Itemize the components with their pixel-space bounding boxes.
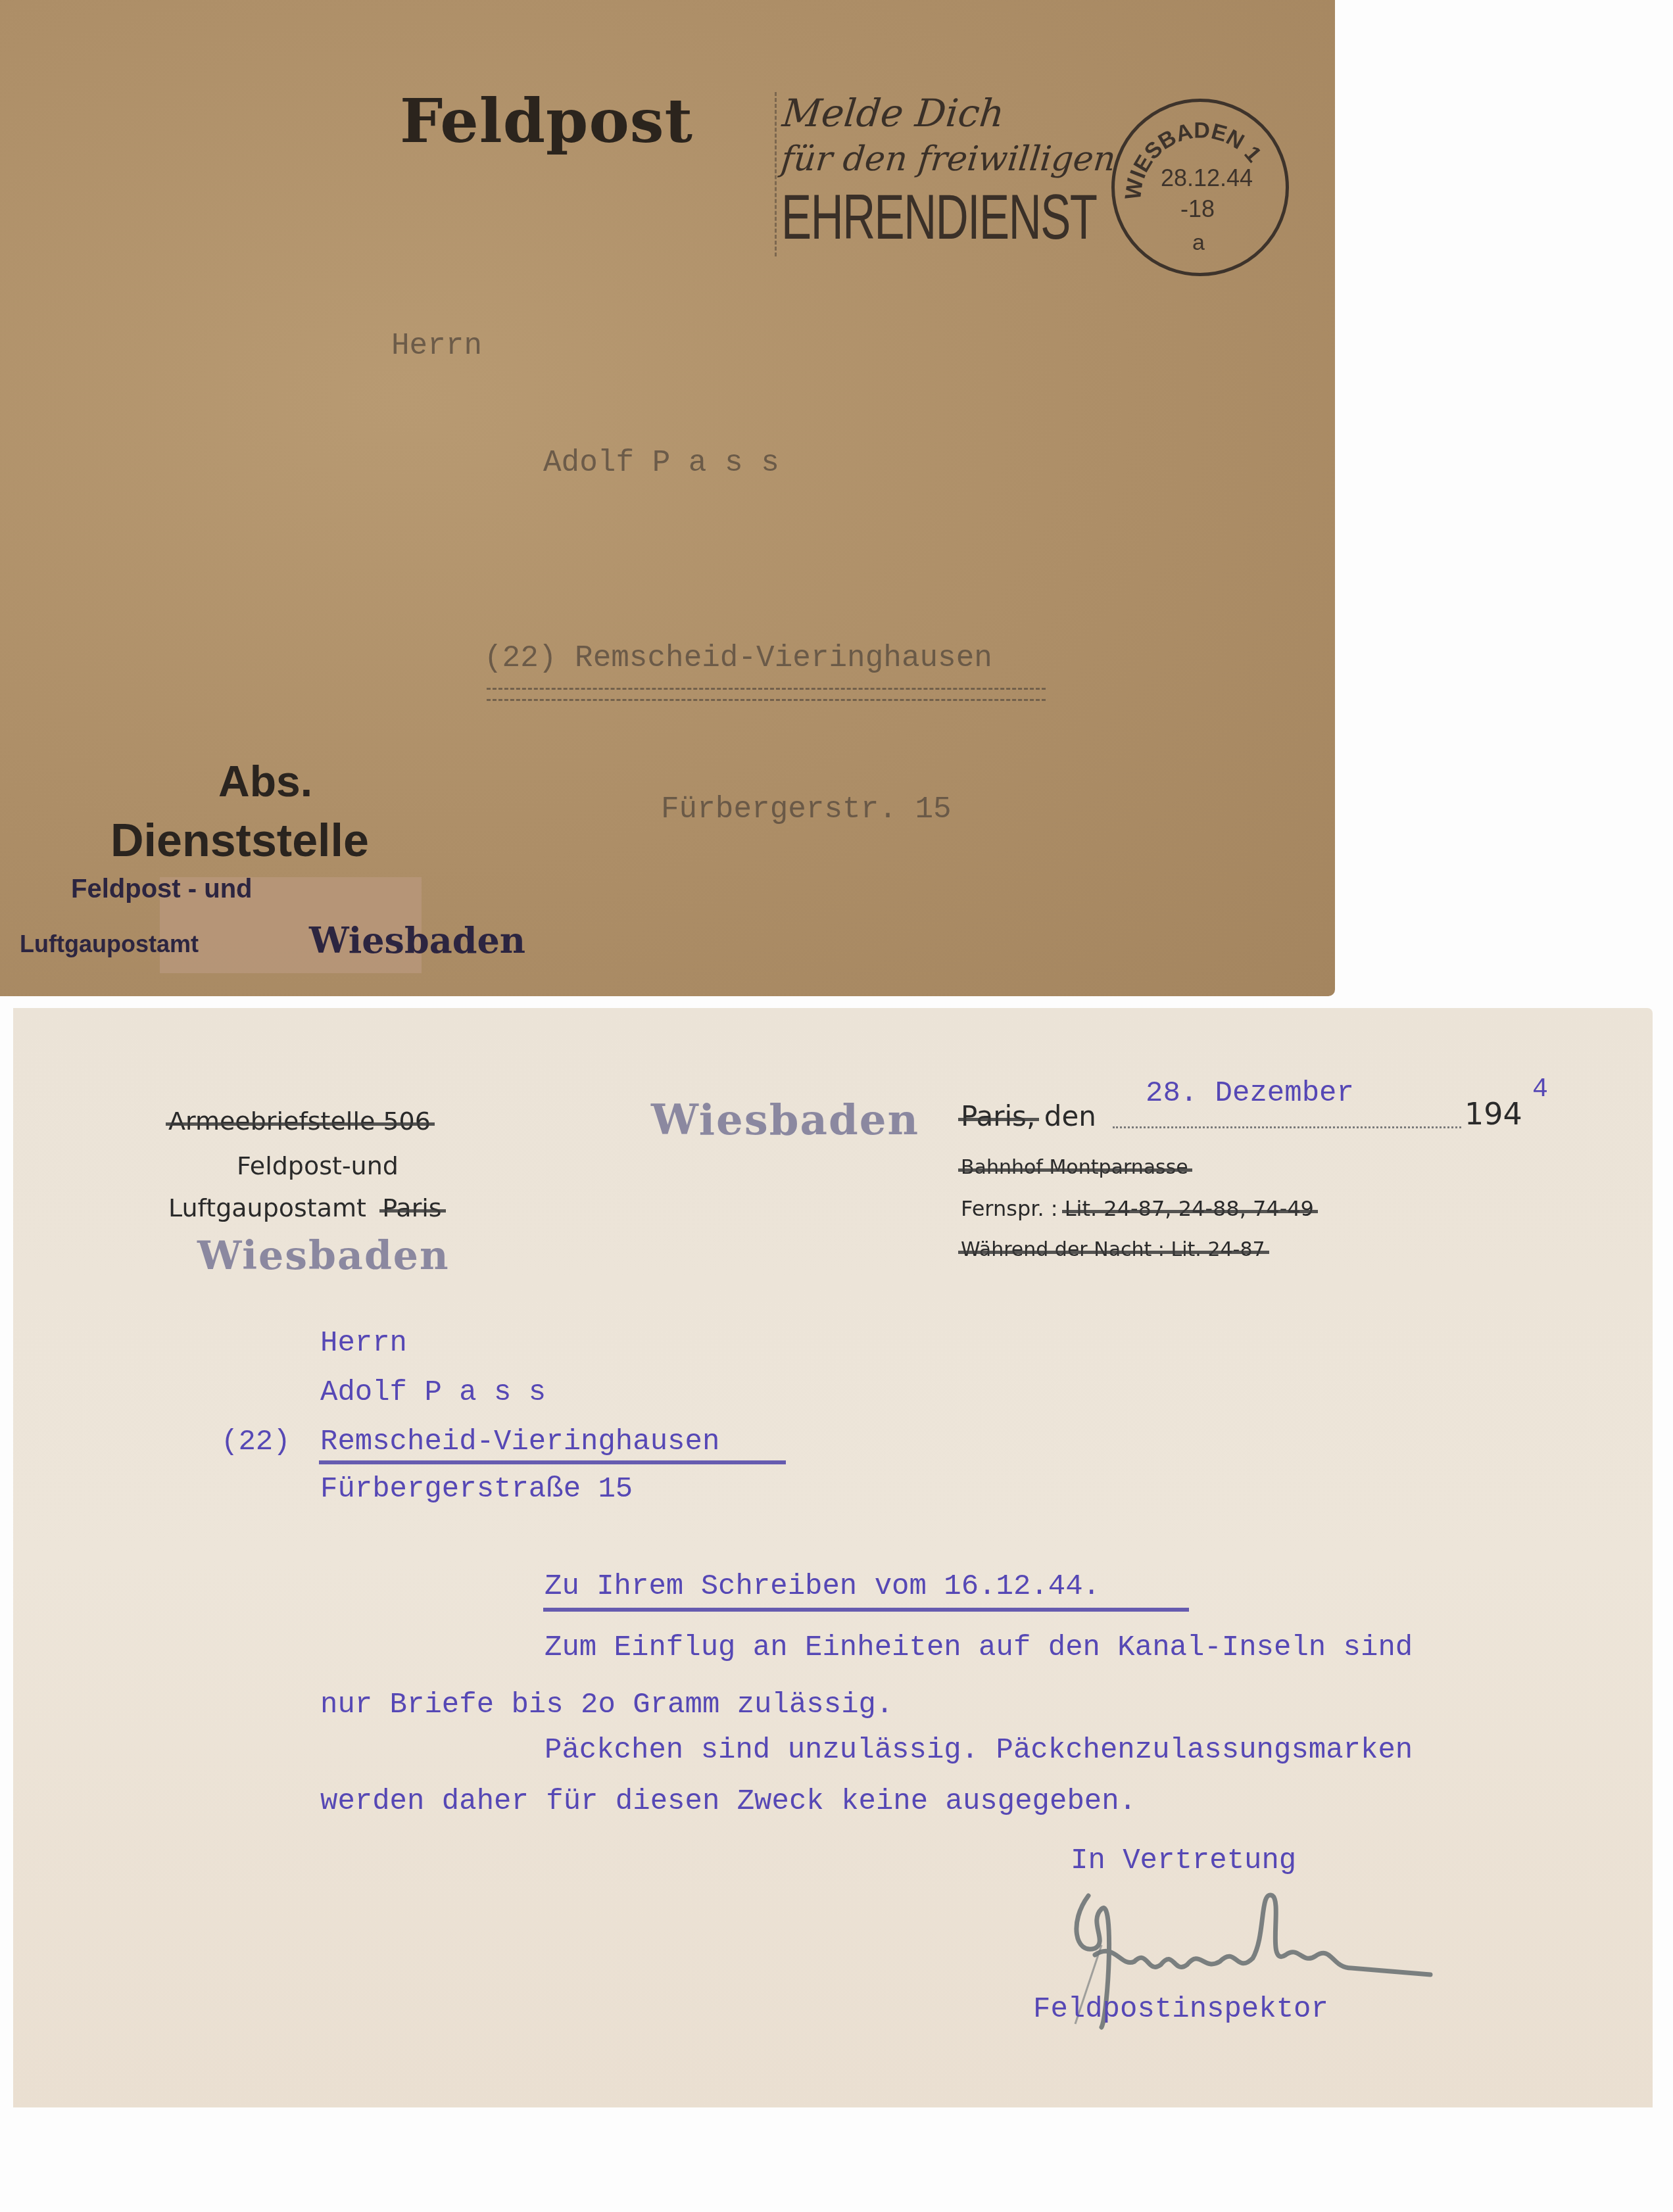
sender-luftgaupostamt: Luftgaupostamt [20, 930, 199, 958]
recipient-city: Remscheid-Vieringhausen [320, 1426, 719, 1458]
place-date-line: Paris, den [961, 1100, 1096, 1132]
letterhead-line2: Feldpost-und [237, 1151, 399, 1180]
envelope-salutation: Herrn [391, 329, 482, 363]
envelope-header: Feldpost [400, 85, 693, 156]
closing: In Vertretung [1071, 1844, 1296, 1877]
recipient-salutation: Herrn [320, 1327, 407, 1360]
night-line: Während der Nacht : Lit. 24-87 [961, 1238, 1265, 1261]
slogan-left-bar [775, 92, 779, 256]
envelope-recipient-name: Adolf P a s s [543, 446, 779, 480]
signer-title: Feldpostinspektor [1033, 1993, 1328, 2026]
envelope-recipient-city: (22) Remscheid-Vieringhausen [484, 641, 992, 675]
body-line-4: werden daher für diesen Zweck keine ausg… [320, 1785, 1136, 1818]
recipient-city-underline [319, 1460, 786, 1464]
body-line-1: Zum Einflug an Einheiten auf den Kanal-I… [545, 1631, 1413, 1664]
sender-dienststelle: Dienststelle [110, 814, 369, 867]
date-dotted-line [1113, 1126, 1461, 1128]
envelope-city-underline [487, 688, 1046, 701]
body-line-3: Päckchen sind unzulässig. Päckchenzulass… [545, 1734, 1413, 1767]
recipient-street: Fürbergerstraße 15 [320, 1473, 633, 1506]
stamp-wiesbaden-left: Wiesbaden [197, 1233, 450, 1279]
year-printed: 194 [1465, 1096, 1522, 1132]
postmark-code: a [1192, 230, 1205, 256]
body-line-2: nur Briefe bis 2o Gramm zulässig. [320, 1689, 893, 1721]
recipient-name: Adolf P a s s [320, 1376, 546, 1409]
date-typed: 28. Dezember [1146, 1077, 1354, 1110]
postmark-date: 28.12.44 [1161, 164, 1253, 192]
letter: Armeebriefstelle 506 Feldpost-und Luftga… [13, 1008, 1653, 2107]
envelope-recipient-street: Fürbergerstr. 15 [661, 792, 952, 827]
subject-line: Zu Ihrem Schreiben vom 16.12.44. [545, 1570, 1100, 1603]
postmark-time: -18 [1180, 195, 1215, 223]
slogan-line3: EHRENDIENST [781, 181, 1097, 254]
letterhead-office: Armeebriefstelle 506 [168, 1107, 431, 1136]
sender-abs: Abs. [218, 756, 312, 806]
sender-feldpost-und: Feldpost - und [71, 875, 253, 904]
envelope: Feldpost Melde Dich für den freiwilligen… [0, 0, 1335, 996]
letterhead-line3: Luftgaupostamt Paris [168, 1193, 442, 1222]
sender-wiesbaden: Wiesbaden [309, 919, 525, 961]
phone-line: Fernspr. : Lit. 24-87, 24-88, 74-49 [961, 1196, 1314, 1221]
postmark-circle: WIESBADEN 1 28.12.44 -18 a [1111, 99, 1289, 276]
station: Bahnhof Montparnasse [961, 1156, 1188, 1179]
slogan-line1: Melde Dich [781, 92, 1007, 134]
recipient-postcode: (22) [221, 1426, 291, 1458]
subject-underline [543, 1608, 1189, 1612]
stamp-wiesbaden-top: Wiesbaden [651, 1095, 919, 1145]
slogan-line2: für den freiwilligen [779, 138, 1118, 180]
year-typed: 4 [1532, 1075, 1548, 1105]
